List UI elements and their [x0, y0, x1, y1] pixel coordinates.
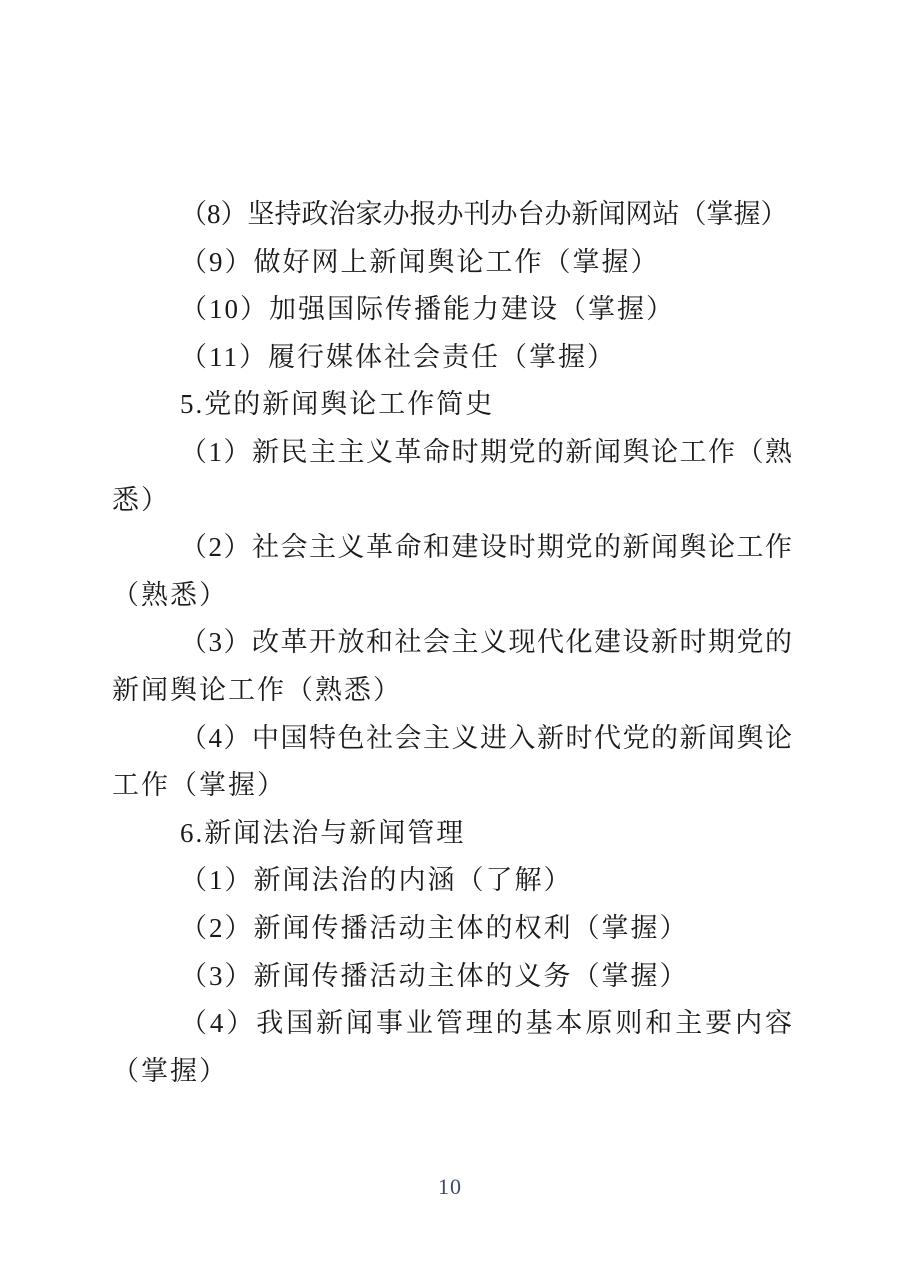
text-line: 6.新闻法治与新闻管理	[112, 810, 792, 858]
text-line: （掌握）	[112, 1048, 792, 1096]
text-line: （4）我国新闻事业管理的基本原则和主要内容	[112, 1000, 792, 1048]
text-line: 工作（掌握）	[112, 762, 792, 810]
text-line: （3）改革开放和社会主义现代化建设新时期党的	[112, 619, 792, 667]
text-line: （2）新闻传播活动主体的权利（掌握）	[112, 905, 792, 953]
text-line: （9）做好网上新闻舆论工作（掌握）	[112, 239, 792, 287]
text-line: （11）履行媒体社会责任（掌握）	[112, 334, 792, 382]
text-line: 悉）	[112, 477, 792, 525]
page-number: 10	[0, 1172, 900, 1202]
text-line: 新闻舆论工作（熟悉）	[112, 667, 792, 715]
text-line: （4）中国特色社会主义进入新时代党的新闻舆论	[112, 715, 792, 763]
text-line: （熟悉）	[112, 572, 792, 620]
text-line: （1）新闻法治的内涵（了解）	[112, 857, 792, 905]
text-line: （2）社会主义革命和建设时期党的新闻舆论工作	[112, 524, 792, 572]
text-line: （10）加强国际传播能力建设（掌握）	[112, 286, 792, 334]
text-line: （8）坚持政治家办报办刊办台办新闻网站（掌握）	[112, 191, 792, 239]
page-body: （8）坚持政治家办报办刊办台办新闻网站（掌握）（9）做好网上新闻舆论工作（掌握）…	[112, 191, 792, 1095]
document-page: （8）坚持政治家办报办刊办台办新闻网站（掌握）（9）做好网上新闻舆论工作（掌握）…	[0, 0, 900, 1272]
text-line: （1）新民主主义革命时期党的新闻舆论工作（熟	[112, 429, 792, 477]
text-line: （3）新闻传播活动主体的义务（掌握）	[112, 953, 792, 1001]
text-line: 5.党的新闻舆论工作简史	[112, 381, 792, 429]
